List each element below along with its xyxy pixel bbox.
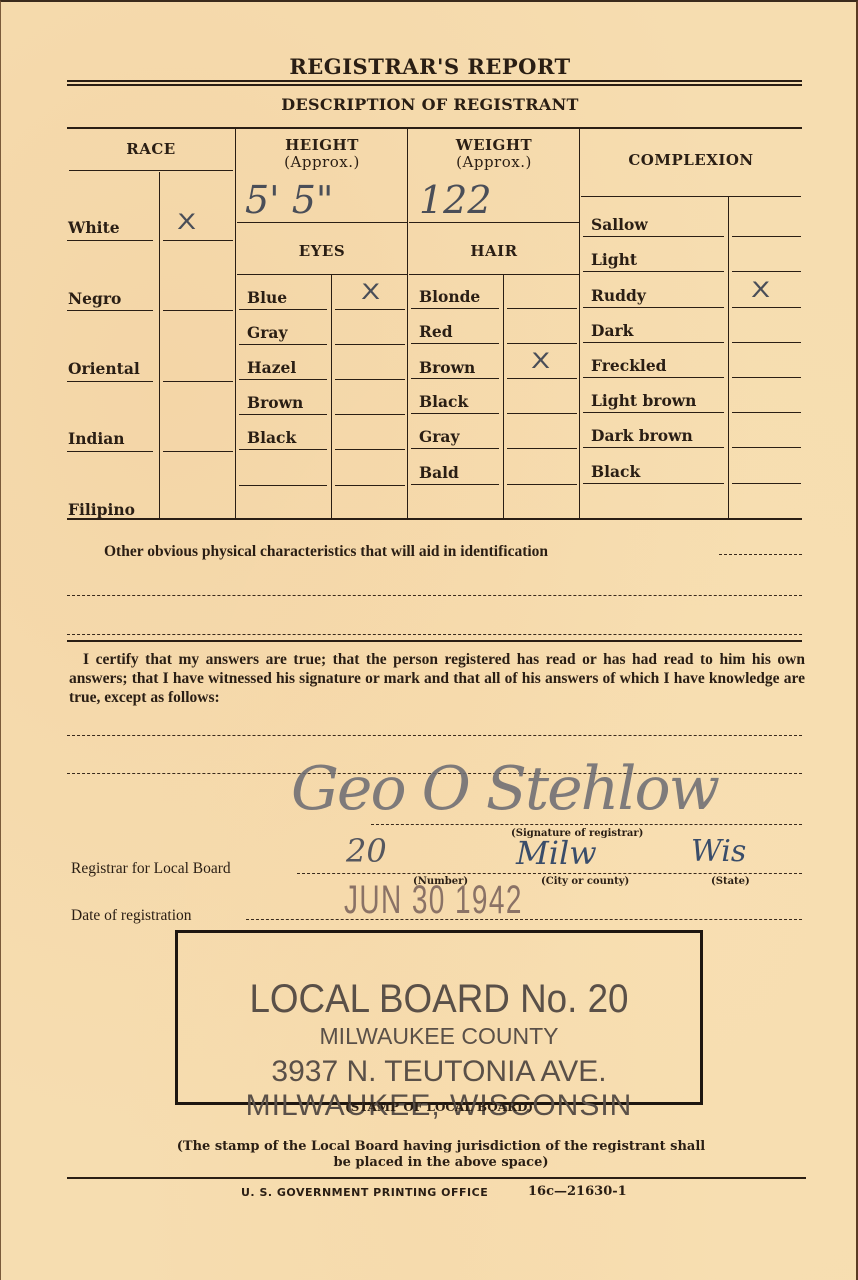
rule (732, 377, 801, 378)
hair-option-bald[interactable]: Bald (419, 463, 459, 482)
rule (411, 413, 499, 414)
rule (583, 271, 724, 272)
rule (239, 379, 327, 380)
rule (335, 485, 405, 486)
rule (732, 236, 801, 237)
complexion-option-light-brown[interactable]: Light brown (591, 391, 696, 410)
rule (237, 274, 407, 275)
rule (583, 307, 724, 308)
eyes-header: EYES (237, 242, 407, 260)
local-board-city: Milw (516, 834, 597, 872)
complexion-option-black[interactable]: Black (591, 462, 640, 481)
stamp-printed-caption: (STAMP OF LOCAL BOARD) (175, 1100, 703, 1114)
rule (411, 448, 499, 449)
stamp-line-1: LOCAL BOARD No. 20 (196, 977, 682, 1022)
rule (239, 344, 327, 345)
section-title: DESCRIPTION OF REGISTRANT (1, 95, 858, 114)
date-line[interactable] (246, 919, 802, 920)
table-top-rule (67, 127, 802, 129)
rule (335, 309, 405, 310)
local-board-label: Registrar for Local Board (71, 859, 231, 878)
race-header: RACE (67, 140, 235, 158)
rule (409, 274, 579, 275)
rule (163, 240, 233, 241)
rule (732, 483, 801, 484)
local-board-number: 20 (346, 832, 387, 870)
rule (507, 343, 577, 344)
rule (583, 342, 724, 343)
rule (507, 484, 577, 485)
title-double-rule (67, 80, 802, 86)
rule (732, 271, 801, 272)
certification-text: I certify that my answers are true; that… (69, 650, 805, 707)
date-stamp: JUN 30 1942 (344, 878, 523, 923)
signature-line[interactable] (371, 824, 802, 825)
hair-option-blonde[interactable]: Blonde (419, 287, 480, 306)
height-value: 5' 5" (245, 178, 333, 222)
col-divider (728, 197, 729, 519)
col-divider (331, 275, 332, 519)
rule (583, 377, 724, 378)
eyes-blue-checkmark: X (361, 282, 380, 303)
rule (69, 170, 233, 171)
rule (239, 309, 327, 310)
weight-header: WEIGHT (409, 136, 579, 154)
eyes-option-black[interactable]: Black (247, 428, 296, 447)
height-header: HEIGHT (237, 136, 407, 154)
hair-option-gray[interactable]: Gray (419, 427, 459, 446)
rule (732, 342, 801, 343)
eyes-option-blue[interactable]: Blue (247, 288, 287, 307)
page-title: REGISTRAR'S REPORT (1, 54, 858, 79)
other-characteristics-label: Other obvious physical characteristics t… (104, 542, 548, 561)
rule (335, 379, 405, 380)
rule (583, 447, 724, 448)
weight-subheader: (Approx.) (409, 153, 579, 171)
form-number: 16c—21630-1 (528, 1184, 627, 1199)
rule (67, 381, 153, 382)
hair-option-red[interactable]: Red (419, 322, 453, 341)
rule (732, 307, 801, 308)
stamp-line-2: MILWAUKEE COUNTY (175, 1023, 703, 1050)
complexion-option-ruddy[interactable]: Ruddy (591, 286, 646, 305)
weight-value: 122 (419, 178, 492, 222)
complexion-option-dark[interactable]: Dark (591, 321, 633, 340)
rule (507, 448, 577, 449)
city-caption: (City or county) (541, 876, 629, 887)
rule (583, 412, 724, 413)
stamp-line-3: 3937 N. TEUTONIA AVE. (175, 1055, 703, 1089)
eyes-option-brown[interactable]: Brown (247, 393, 303, 412)
rule (239, 414, 327, 415)
rule (335, 449, 405, 450)
printer-credit: U. S. GOVERNMENT PRINTING OFFICE (241, 1186, 488, 1199)
race-option-negro[interactable]: Negro (68, 289, 121, 308)
col-divider (407, 129, 408, 519)
col-divider (159, 172, 160, 519)
other-characteristics-line[interactable] (67, 595, 802, 596)
rule (163, 451, 233, 452)
rule (732, 447, 801, 448)
table-bottom-rule (67, 518, 802, 520)
hair-option-brown[interactable]: Brown (419, 358, 475, 377)
rule (237, 222, 407, 223)
rule (507, 378, 577, 379)
rule (583, 483, 724, 484)
rule (67, 310, 153, 311)
section-rule (67, 640, 802, 642)
rule (239, 449, 327, 450)
exceptions-line[interactable] (67, 735, 802, 736)
local-board-line[interactable] (297, 873, 802, 874)
date-label: Date of registration (71, 906, 192, 925)
rule (411, 308, 499, 309)
height-subheader: (Approx.) (237, 153, 407, 171)
rule (507, 413, 577, 414)
other-characteristics-line[interactable] (67, 634, 802, 635)
rule (239, 485, 327, 486)
hair-option-black[interactable]: Black (419, 392, 468, 411)
rule (732, 412, 801, 413)
eyes-option-gray[interactable]: Gray (247, 323, 287, 342)
hair-header: HAIR (409, 242, 579, 260)
rule (335, 414, 405, 415)
complexion-ruddy-checkmark: X (751, 280, 770, 301)
col-divider (503, 275, 504, 519)
race-option-oriental[interactable]: Oriental (68, 359, 140, 378)
col-divider (235, 129, 236, 519)
rule (163, 310, 233, 311)
rule (411, 378, 499, 379)
complexion-option-dark-brown[interactable]: Dark brown (591, 426, 693, 445)
complexion-option-sallow[interactable]: Sallow (591, 215, 648, 234)
other-characteristics-field[interactable] (719, 554, 802, 555)
complexion-option-freckled[interactable]: Freckled (591, 356, 667, 375)
race-option-indian[interactable]: Indian (68, 429, 125, 448)
rule (581, 196, 801, 197)
race-option-white[interactable]: White (68, 218, 120, 237)
complexion-header: COMPLEXION (581, 151, 801, 169)
col-divider (579, 129, 580, 519)
registrar-report-card: REGISTRAR'S REPORT DESCRIPTION OF REGIST… (0, 0, 858, 1280)
race-option-filipino[interactable]: Filipino (68, 500, 135, 519)
eyes-option-hazel[interactable]: Hazel (247, 358, 296, 377)
state-caption: (State) (711, 876, 750, 887)
stamp-instruction-note: (The stamp of the Local Board having jur… (171, 1139, 711, 1171)
complexion-option-light[interactable]: Light (591, 250, 637, 269)
rule (335, 344, 405, 345)
local-board-state: Wis (691, 834, 746, 869)
rule (507, 308, 577, 309)
rule (411, 343, 499, 344)
rule (67, 240, 153, 241)
rule (409, 222, 579, 223)
rule (411, 484, 499, 485)
rule (583, 236, 724, 237)
rule (67, 451, 153, 452)
footer-rule (67, 1177, 806, 1179)
hair-brown-checkmark: X (531, 351, 550, 372)
rule (163, 381, 233, 382)
registrar-signature: Geo O Stehlow (291, 754, 718, 824)
race-white-checkmark: X (177, 212, 196, 233)
